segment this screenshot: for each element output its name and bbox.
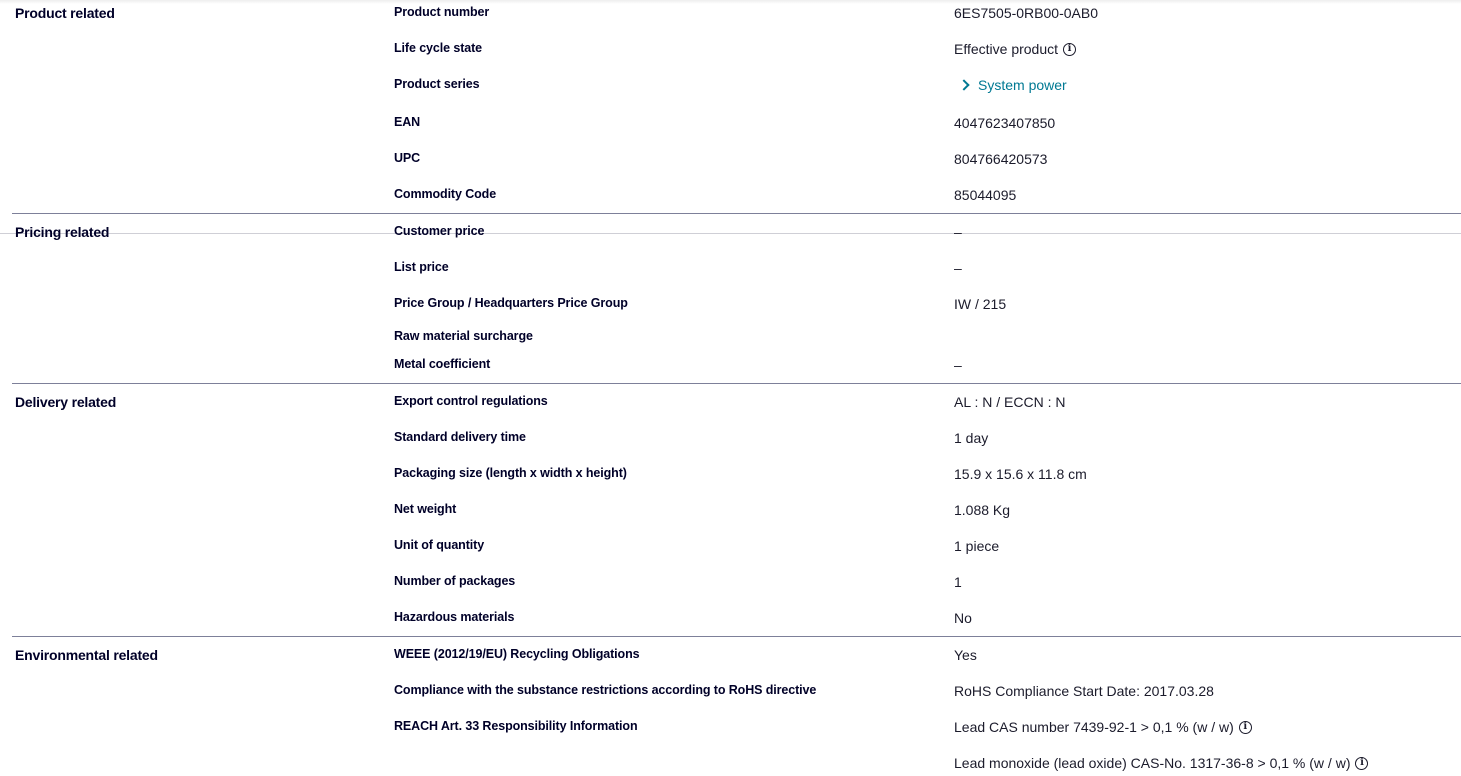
table-row: Life cycle state Effective producti (0, 41, 1461, 61)
reach-lead-oxide-value: Lead monoxide (lead oxide) CAS-No. 1317-… (954, 755, 1350, 771)
row-value: 1 (954, 574, 962, 590)
row-label: WEEE (2012/19/EU) Recycling Obligations (394, 647, 639, 661)
row-value: 1 piece (954, 538, 999, 554)
table-row: Commodity Code 85044095 (0, 187, 1461, 207)
table-row: Raw material surcharge (0, 329, 1461, 349)
row-value: Yes (954, 647, 977, 663)
row-value: 15.9 x 15.6 x 11.8 cm (954, 466, 1087, 482)
reach-lead-value: Lead CAS number 7439-92-1 > 0,1 % (w / w… (954, 719, 1234, 735)
row-label: Export control regulations (394, 394, 548, 408)
row-label: Unit of quantity (394, 538, 484, 552)
row-label: EAN (394, 115, 420, 129)
row-value: 804766420573 (954, 151, 1047, 167)
table-row: List price – (0, 260, 1461, 280)
top-shadow (0, 0, 1461, 4)
row-label: Number of packages (394, 574, 515, 588)
row-value: AL : N / ECCN : N (954, 394, 1066, 410)
row-label: UPC (394, 151, 420, 165)
table-row: Product number 6ES7505-0RB00-0AB0 (0, 5, 1461, 25)
section-divider (12, 636, 1461, 637)
row-label: Compliance with the substance restrictio… (394, 683, 816, 697)
chevron-right-icon (958, 79, 969, 90)
row-label: Product number (394, 5, 489, 19)
info-icon[interactable]: i (1063, 43, 1076, 56)
row-label: Commodity Code (394, 187, 496, 201)
row-value: RoHS Compliance Start Date: 2017.03.28 (954, 683, 1214, 699)
row-label: Metal coefficient (394, 357, 490, 371)
table-row: REACH Art. 33 Responsibility Information… (0, 719, 1461, 739)
table-row: Packaging size (length x width x height)… (0, 466, 1461, 486)
row-label: Customer price (394, 224, 484, 238)
row-label: Net weight (394, 502, 456, 516)
table-row: Standard delivery time 1 day (0, 430, 1461, 450)
table-row: Price Group / Headquarters Price Group I… (0, 296, 1461, 316)
row-value: – (954, 224, 962, 240)
product-series-link-text[interactable]: System power (978, 77, 1067, 93)
row-label: Price Group / Headquarters Price Group (394, 296, 628, 310)
info-icon[interactable]: i (1355, 757, 1368, 770)
row-label: Life cycle state (394, 41, 482, 55)
row-value: – (954, 357, 962, 373)
table-row: Product series System power (0, 77, 1461, 97)
table-row: Customer price – (0, 224, 1461, 244)
life-cycle-value: Effective product (954, 41, 1058, 57)
product-number-value: 6ES7505-0RB00-0AB0 (954, 5, 1098, 21)
row-label: Standard delivery time (394, 430, 526, 444)
table-row: Hazardous materials No (0, 610, 1461, 630)
info-icon[interactable]: i (1239, 721, 1252, 734)
table-row: Compliance with the substance restrictio… (0, 683, 1461, 703)
row-value: IW / 215 (954, 296, 1006, 312)
table-row: Unit of quantity 1 piece (0, 538, 1461, 558)
section-divider (12, 213, 1461, 214)
table-row: Export control regulations AL : N / ECCN… (0, 394, 1461, 414)
row-value: System power (954, 77, 1067, 93)
product-series-link[interactable]: System power (960, 77, 1067, 93)
row-label: Raw material surcharge (394, 329, 533, 343)
row-value: 4047623407850 (954, 115, 1055, 131)
table-row: Net weight 1.088 Kg (0, 502, 1461, 522)
row-label: Product series (394, 77, 479, 91)
row-value: Effective producti (954, 41, 1076, 57)
table-row: Lead monoxide (lead oxide) CAS-No. 1317-… (0, 755, 1461, 775)
row-value: 85044095 (954, 187, 1016, 203)
table-row: WEEE (2012/19/EU) Recycling Obligations … (0, 647, 1461, 667)
table-row: Number of packages 1 (0, 574, 1461, 594)
row-label: Packaging size (length x width x height) (394, 466, 627, 480)
row-label: List price (394, 260, 449, 274)
row-label: Hazardous materials (394, 610, 514, 624)
table-row: Metal coefficient – (0, 357, 1461, 377)
row-value: – (954, 260, 962, 276)
row-label: REACH Art. 33 Responsibility Information (394, 719, 637, 733)
table-row: UPC 804766420573 (0, 151, 1461, 171)
row-value: 1 day (954, 430, 988, 446)
row-value: No (954, 610, 972, 626)
table-row: EAN 4047623407850 (0, 115, 1461, 135)
row-value: Lead monoxide (lead oxide) CAS-No. 1317-… (954, 755, 1368, 771)
row-value: 1.088 Kg (954, 502, 1010, 518)
row-value: Lead CAS number 7439-92-1 > 0,1 % (w / w… (954, 719, 1252, 735)
section-divider (12, 383, 1461, 384)
row-value: 6ES7505-0RB00-0AB0 (954, 5, 1098, 21)
